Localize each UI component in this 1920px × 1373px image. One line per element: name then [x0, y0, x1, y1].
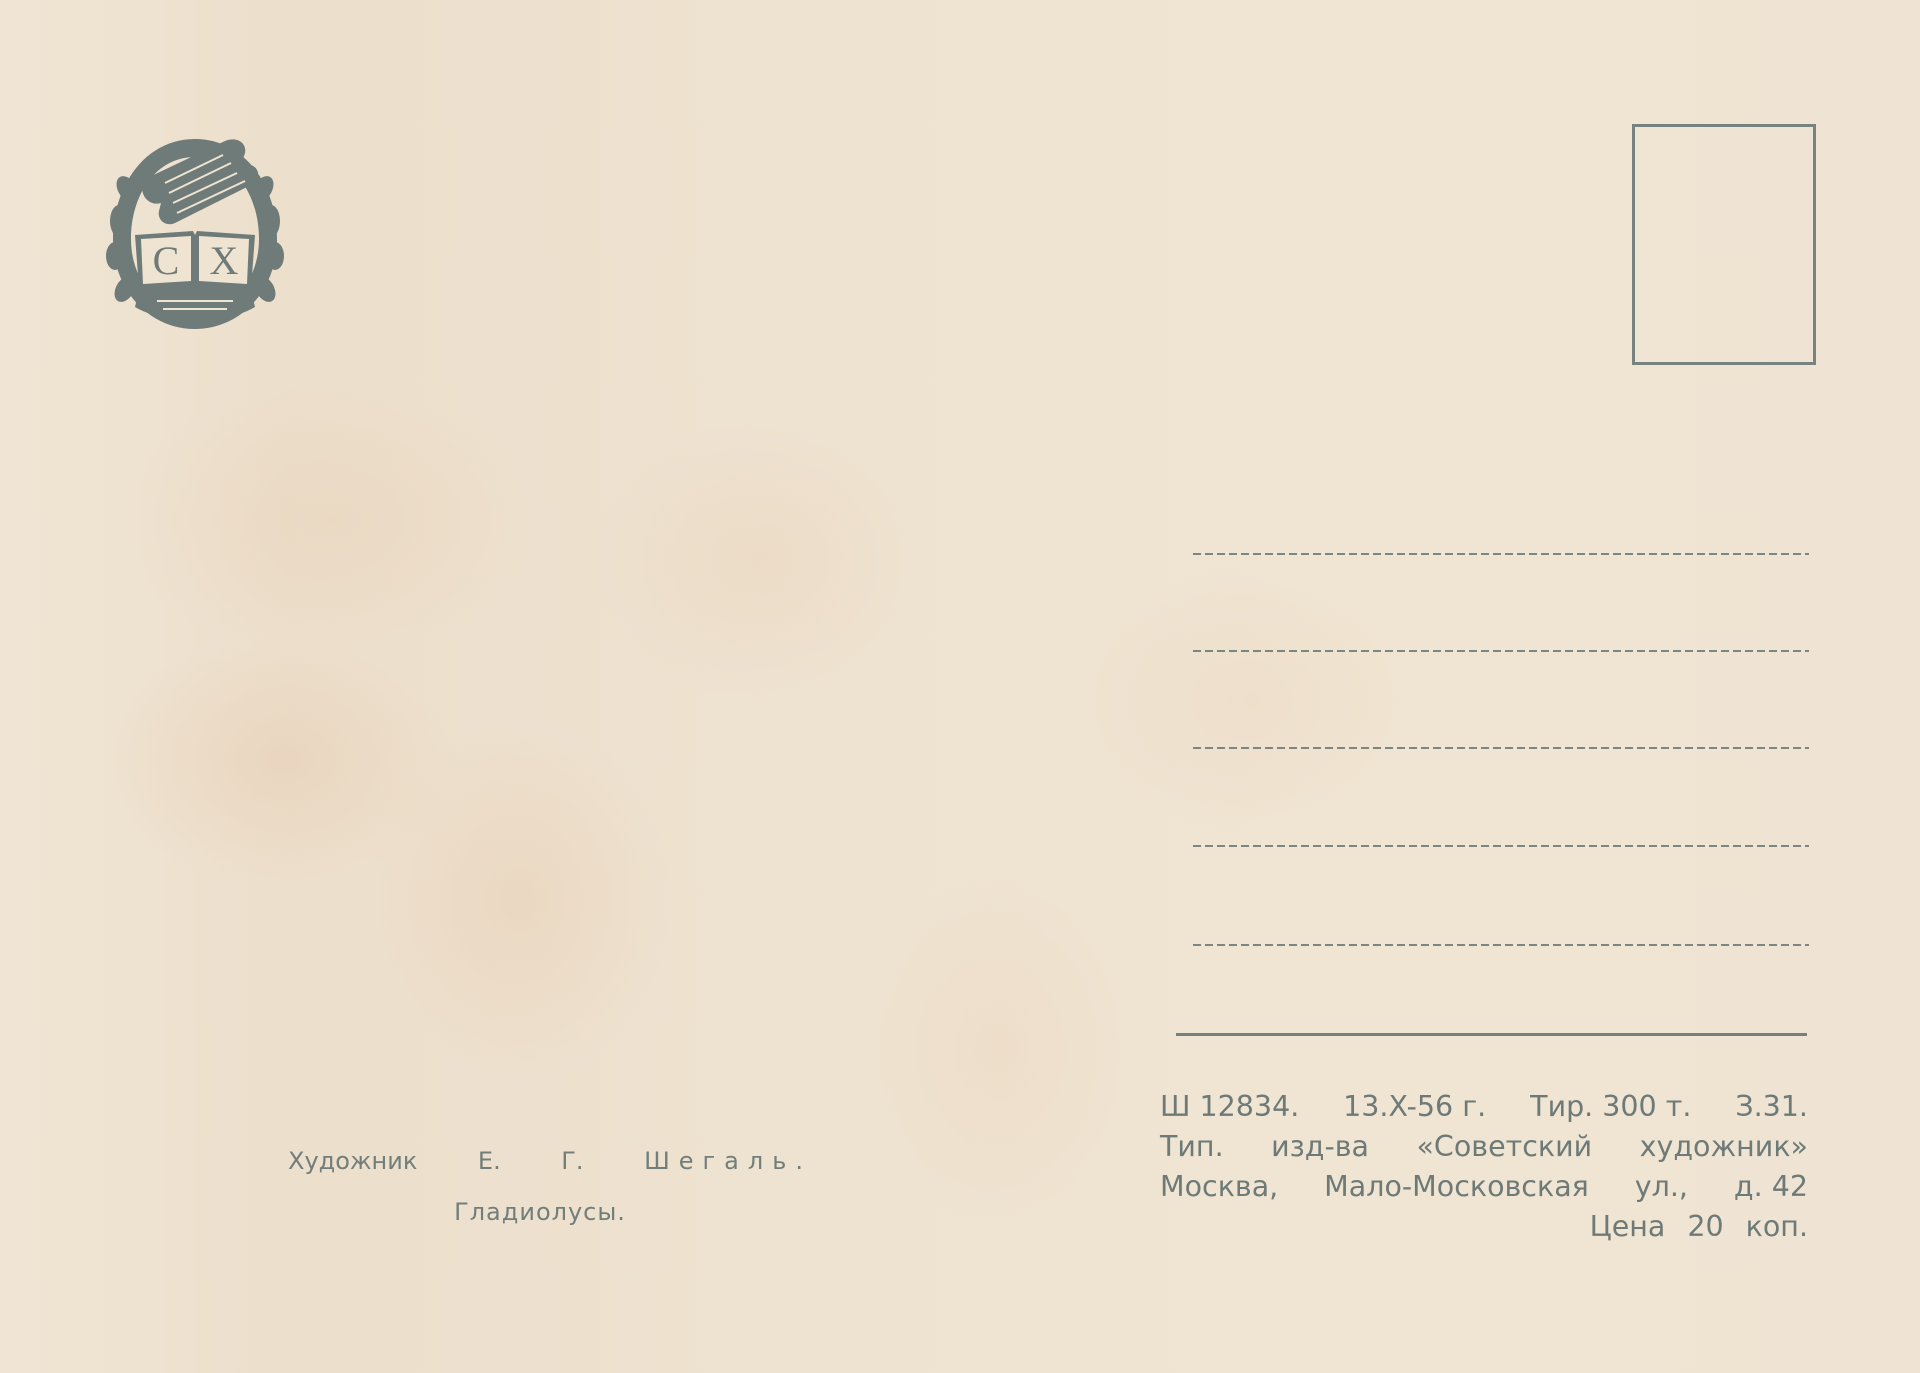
price-unit: коп.: [1746, 1210, 1808, 1244]
address-street-type: ул.,: [1635, 1170, 1688, 1204]
address-line-5: [1193, 944, 1809, 946]
price-label: Цена: [1590, 1210, 1666, 1244]
print-run: Тир. 300 т.: [1530, 1090, 1691, 1124]
union-of-artists-emblem-icon: С Х: [105, 131, 285, 335]
address-line-4: [1193, 845, 1809, 847]
order-number: Ш 12834.: [1160, 1090, 1299, 1124]
publication-line-4: Цена 20 коп.: [1160, 1210, 1808, 1244]
price-value: 20: [1687, 1210, 1723, 1244]
address-house: д. 42: [1734, 1170, 1808, 1204]
artwork-title: Гладиолусы.: [433, 1197, 647, 1227]
printer-word-2: изд-ва: [1271, 1130, 1369, 1164]
printer-word-3: «Советский: [1417, 1130, 1593, 1164]
address-line-1: [1193, 553, 1809, 555]
address-city: Москва,: [1160, 1170, 1278, 1204]
artist-initial-1: Е.: [478, 1146, 501, 1176]
artist-credit: Художник Е. Г. Шегаль.: [288, 1146, 803, 1176]
publication-line-1: Ш 12834. 13.X-56 г. Тир. 300 т. З.31.: [1160, 1090, 1808, 1124]
publication-line-2: Тип. изд-ва «Советский художник»: [1160, 1130, 1808, 1164]
order-code: З.31.: [1735, 1090, 1808, 1124]
publication-info: Ш 12834. 13.X-56 г. Тир. 300 т. З.31. Ти…: [1160, 1090, 1808, 1244]
artist-initial-2: Г.: [561, 1146, 583, 1176]
artist-surname: Шегаль.: [644, 1146, 812, 1176]
publication-line-3: Москва, Мало-Московская ул., д. 42: [1160, 1170, 1808, 1204]
address-line-3: [1193, 747, 1809, 749]
stamp-placeholder-box: [1632, 124, 1816, 365]
emblem-letter-s: С: [153, 238, 180, 283]
emblem-letter-kh: Х: [210, 238, 239, 283]
printer-word-4: художник»: [1640, 1130, 1808, 1164]
print-date: 13.X-56 г.: [1343, 1090, 1486, 1124]
postcard-back: С Х Ш 12834. 13.X-56 г. Тир. 300 т. З.31…: [0, 0, 1920, 1373]
artist-label: Художник: [288, 1146, 417, 1176]
address-line-2: [1193, 650, 1809, 652]
printer-word-1: Тип.: [1160, 1130, 1224, 1164]
address-street: Мало-Московская: [1324, 1170, 1589, 1204]
address-divider-line: [1176, 1033, 1807, 1036]
